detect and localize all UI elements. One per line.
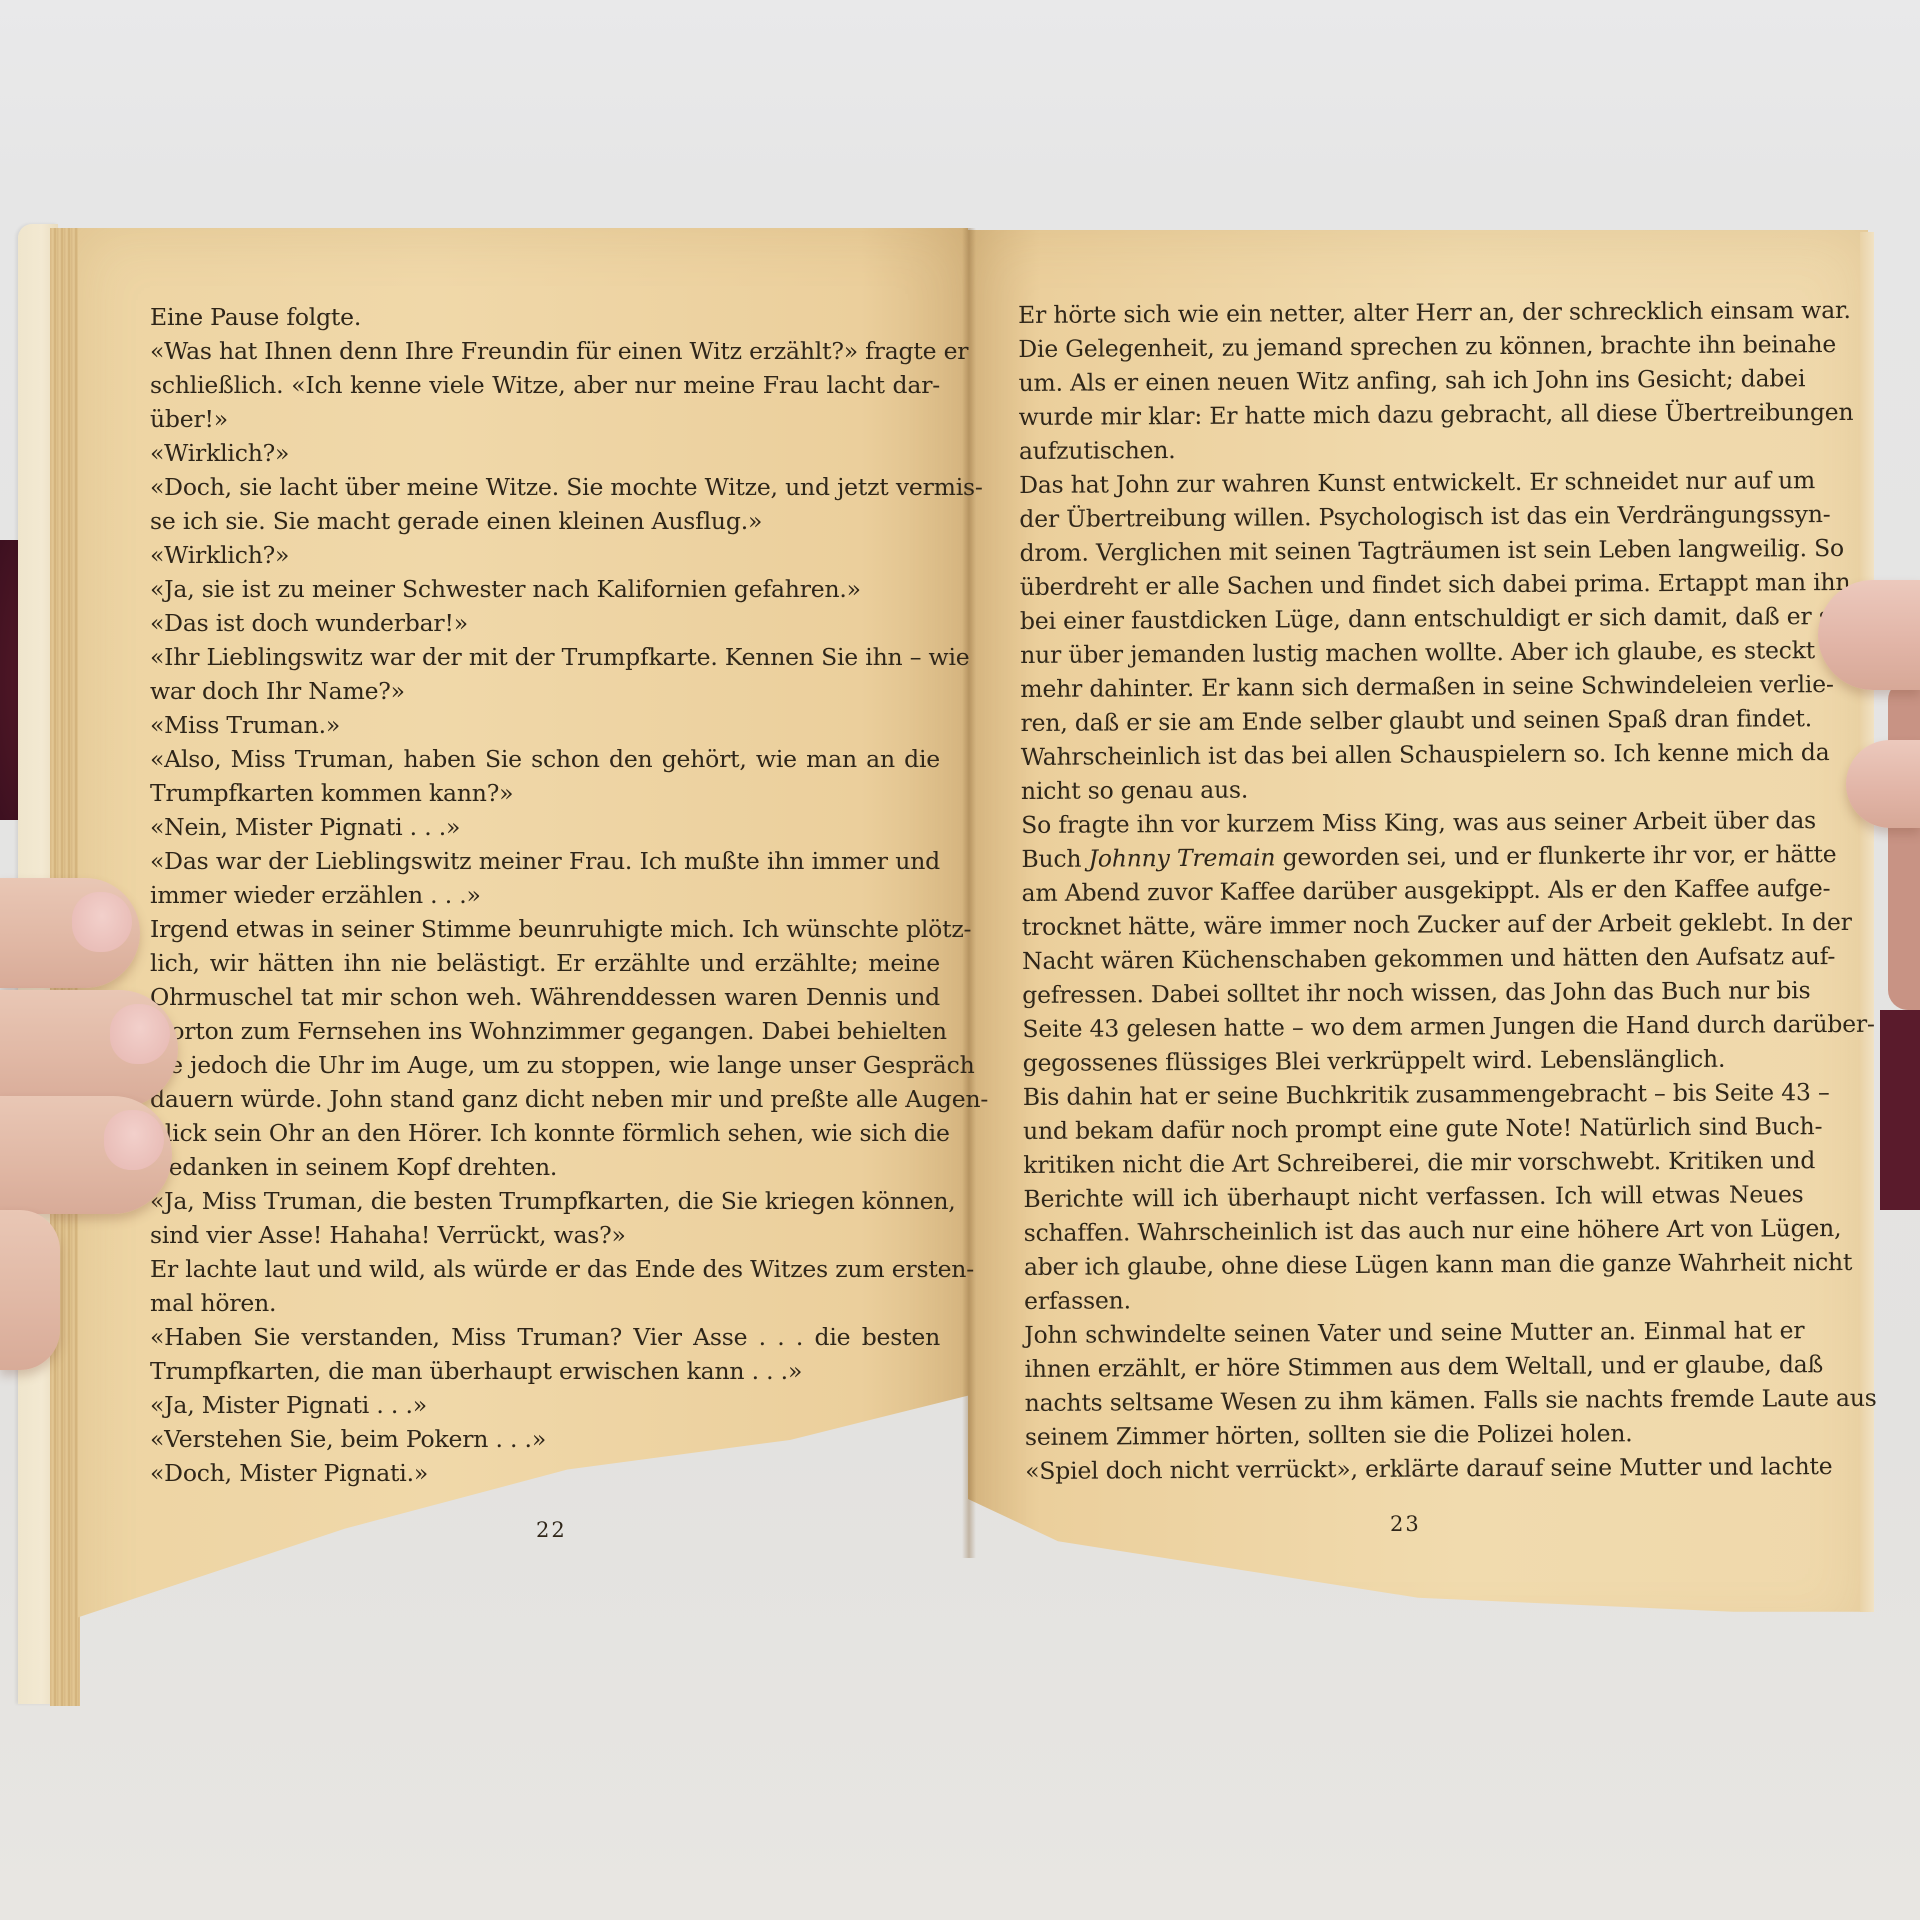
text-line: «Das ist doch wunderbar!» (150, 606, 940, 640)
page-number-left: 22 (536, 1518, 567, 1542)
text-line: Trumpfkarten kommen kann?» (150, 776, 940, 810)
text-line: sie jedoch die Uhr im Auge, um zu stoppe… (150, 1048, 940, 1082)
text-line: trocknet hätte, wäre immer noch Zucker a… (1022, 905, 1802, 944)
text-line: ihnen erzählt, er höre Stimmen aus dem W… (1024, 1347, 1804, 1386)
left-hand (0, 830, 170, 1390)
text-line: «Was hat Ihnen denn Ihre Freundin für ei… (150, 334, 940, 368)
text-line: Irgend etwas in seiner Stimme beunruhigt… (150, 912, 940, 946)
text-line: «Miss Truman.» (150, 708, 940, 742)
right-page-text: Er hörte sich wie ein netter, alter Herr… (1018, 293, 1805, 1488)
text-line: Nacht wären Küchenschaben gekommen und h… (1022, 939, 1802, 978)
text-line: drom. Verglichen mit seinen Tagträumen i… (1019, 531, 1799, 570)
left-palm (0, 1210, 60, 1370)
text-line: «Doch, Mister Pignati.» (150, 1456, 940, 1490)
text-line: «Spiel doch nicht verrückt», erklärte da… (1025, 1449, 1805, 1488)
text-line: war doch Ihr Name?» (150, 674, 940, 708)
right-finger (1818, 580, 1920, 690)
text-line: überdreht er alle Sachen und findet sich… (1020, 565, 1800, 604)
text-line: aber ich glaube, ohne diese Lügen kann m… (1024, 1245, 1804, 1284)
text-line: Wahrscheinlich ist das bei allen Schausp… (1021, 735, 1801, 774)
text-line: blick sein Ohr an den Hörer. Ich konnte … (150, 1116, 940, 1150)
text-line: «Das war der Lieblingswitz meiner Frau. … (150, 844, 940, 878)
text-line: der Übertreibung willen. Psychologisch i… (1019, 497, 1799, 536)
right-finger (1846, 740, 1920, 828)
open-book: Eine Pause folgte.«Was hat Ihnen denn Ih… (0, 0, 1920, 1920)
text-line: John schwindelte seinen Vater und seine … (1024, 1313, 1804, 1352)
text-line: gefressen. Dabei solltet ihr noch wissen… (1022, 973, 1802, 1012)
fingernail (72, 892, 132, 952)
text-line: se ich sie. Sie macht gerade einen klein… (150, 504, 940, 538)
text-line: Berichte will ich überhaupt nicht verfas… (1023, 1177, 1803, 1216)
text-line: mal hören. (150, 1286, 940, 1320)
text-line: Buch Johnny Tremain geworden sei, und er… (1021, 837, 1801, 876)
right-hand (1818, 560, 1920, 1080)
text-line: Die Gelegenheit, zu jemand sprechen zu k… (1018, 327, 1798, 366)
text-line: über!» (150, 402, 940, 436)
text-line: «Haben Sie verstanden, Miss Truman? Vier… (150, 1320, 940, 1354)
text-line: schaffen. Wahrscheinlich ist das auch nu… (1024, 1211, 1804, 1250)
left-finger (0, 990, 178, 1108)
text-line: nur über jemanden lustig machen wollte. … (1020, 633, 1800, 672)
text-line: «Wirklich?» (150, 538, 940, 572)
text-line: mehr dahinter. Er kann sich dermaßen in … (1020, 667, 1800, 706)
text-line: «Doch, sie lacht über meine Witze. Sie m… (150, 470, 940, 504)
fingernail (110, 1004, 170, 1064)
text-line: aufzutischen. (1019, 429, 1799, 468)
text-line: sind vier Asse! Hahaha! Verrückt, was?» (150, 1218, 940, 1252)
photo-scene: Eine Pause folgte.«Was hat Ihnen denn Ih… (0, 0, 1920, 1920)
text-line: dauern würde. John stand ganz dicht nebe… (150, 1082, 940, 1116)
left-page-text: Eine Pause folgte.«Was hat Ihnen denn Ih… (150, 300, 940, 1490)
text-line: um. Als er einen neuen Witz anfing, sah … (1018, 361, 1798, 400)
text-line: «Also, Miss Truman, haben Sie schon den … (150, 742, 940, 776)
text-line: «Nein, Mister Pignati . . .» (150, 810, 940, 844)
text-line: gegossenes flüssiges Blei verkrüppelt wi… (1023, 1041, 1803, 1080)
text-line: «Ja, Miss Truman, die besten Trumpfkarte… (150, 1184, 940, 1218)
text-line: Eine Pause folgte. (150, 300, 940, 334)
left-finger (0, 1096, 172, 1214)
text-line: Gedanken in seinem Kopf drehten. (150, 1150, 940, 1184)
book-title-italic: Johnny Tremain (1089, 843, 1276, 872)
text-line: bei einer faustdicken Lüge, dann entschu… (1020, 599, 1800, 638)
text-line: Das hat John zur wahren Kunst entwickelt… (1019, 463, 1799, 502)
page-number-right: 23 (1390, 1512, 1421, 1536)
right-hand-back (1888, 680, 1920, 1010)
text-line: «Wirklich?» (150, 436, 940, 470)
text-line: «Ja, Mister Pignati . . .» (150, 1388, 940, 1422)
text-line: nachts seltsame Wesen zu ihm kämen. Fall… (1025, 1381, 1805, 1420)
text-line: und bekam dafür noch prompt eine gute No… (1023, 1109, 1803, 1148)
text-line: So fragte ihn vor kurzem Miss King, was … (1021, 803, 1801, 842)
text-line: kritiken nicht die Art Schreiberei, die … (1023, 1143, 1803, 1182)
text-line: Bis dahin hat er seine Buchkritik zusamm… (1023, 1075, 1803, 1114)
text-line: «Verstehen Sie, beim Pokern . . .» (150, 1422, 940, 1456)
text-line: erfassen. (1024, 1279, 1804, 1318)
text-line: immer wieder erzählen . . .» (150, 878, 940, 912)
text-line: Seite 43 gelesen hatte – wo dem armen Ju… (1022, 1007, 1802, 1046)
text-line: am Abend zuvor Kaffee darüber ausgekippt… (1022, 871, 1802, 910)
text-line: «Ja, sie ist zu meiner Schwester nach Ka… (150, 572, 940, 606)
text-line: nicht so genau aus. (1021, 769, 1801, 808)
text-line: Er lachte laut und wild, als würde er da… (150, 1252, 940, 1286)
text-line: Ohrmuschel tat mir schon weh. Währenddes… (150, 980, 940, 1014)
text-line: wurde mir klar: Er hatte mich dazu gebra… (1019, 395, 1799, 434)
text-line: Trumpfkarten, die man überhaupt erwische… (150, 1354, 940, 1388)
fingernail (104, 1110, 164, 1170)
text-line: Er hörte sich wie ein netter, alter Herr… (1018, 293, 1798, 332)
book-gutter (962, 228, 976, 1558)
text-line: «Ihr Lieblingswitz war der mit der Trump… (150, 640, 940, 674)
text-line: ren, daß er sie am Ende selber glaubt un… (1020, 701, 1800, 740)
text-line: schließlich. «Ich kenne viele Witze, abe… (150, 368, 940, 402)
text-line: lich, wir hätten ihn nie belästigt. Er e… (150, 946, 940, 980)
text-line: seinem Zimmer hörten, sollten sie die Po… (1025, 1415, 1805, 1454)
left-finger (0, 878, 140, 988)
text-line: Norton zum Fernsehen ins Wohnzimmer gega… (150, 1014, 940, 1048)
